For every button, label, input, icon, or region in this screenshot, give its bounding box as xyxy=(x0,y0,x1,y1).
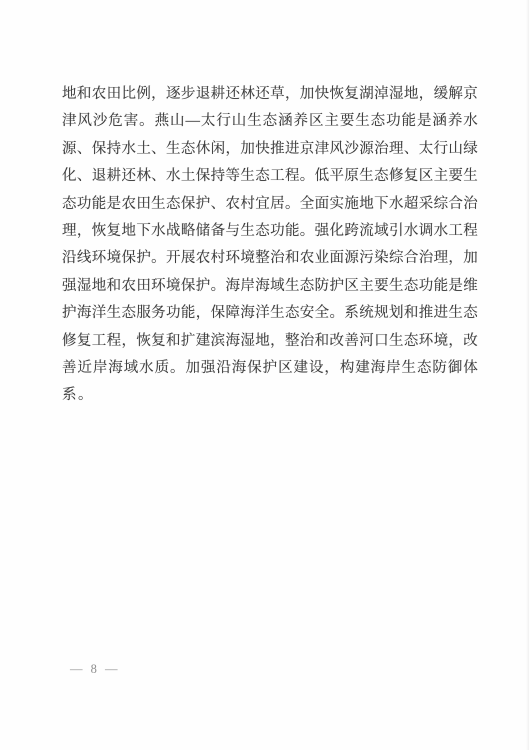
text-line: 强湿地和农田环境保护。海岸海域生态防护区主要生态功能是维 xyxy=(62,273,478,300)
page-number: — 8 — xyxy=(70,661,120,677)
text-line: 津风沙危害。燕山—太行山生态涵养区主要生态功能是涵养水 xyxy=(62,108,478,135)
scan-edge-artifact xyxy=(526,0,529,750)
text-line: 源、保持水土、生态休闲，加快推进京津风沙源治理、太行山绿 xyxy=(62,136,478,163)
text-line: 护海洋生态服务功能，保障海洋生态安全。系统规划和推进生态 xyxy=(62,300,478,327)
text-line: 修复工程，恢复和扩建滨海湿地，整治和改善河口生态环境，改 xyxy=(62,328,478,355)
document-page: 地和农田比例，逐步退耕还林还草，加快恢复湖淖湿地，缓解京 津风沙危害。燕山—太行… xyxy=(0,0,530,750)
body-text-block: 地和农田比例，逐步退耕还林还草，加快恢复湖淖湿地，缓解京 津风沙危害。燕山—太行… xyxy=(62,81,478,410)
scanned-document: { "document": { "background_color": "#fe… xyxy=(0,0,530,750)
text-line: 沿线环境保护。开展农村环境整治和农业面源污染综合治理，加 xyxy=(62,245,478,272)
text-line: 系。 xyxy=(62,382,478,409)
text-line: 态功能是农田生态保护、农村宜居。全面实施地下水超采综合治 xyxy=(62,191,478,218)
text-line: 地和农田比例，逐步退耕还林还草，加快恢复湖淖湿地，缓解京 xyxy=(62,81,478,108)
text-line: 化、退耕还林、水土保持等生态工程。低平原生态修复区主要生 xyxy=(62,163,478,190)
text-line: 理，恢复地下水战略储备与生态功能。强化跨流域引水调水工程 xyxy=(62,218,478,245)
text-line: 善近岸海域水质。加强沿海保护区建设，构建海岸生态防御体 xyxy=(62,355,478,382)
